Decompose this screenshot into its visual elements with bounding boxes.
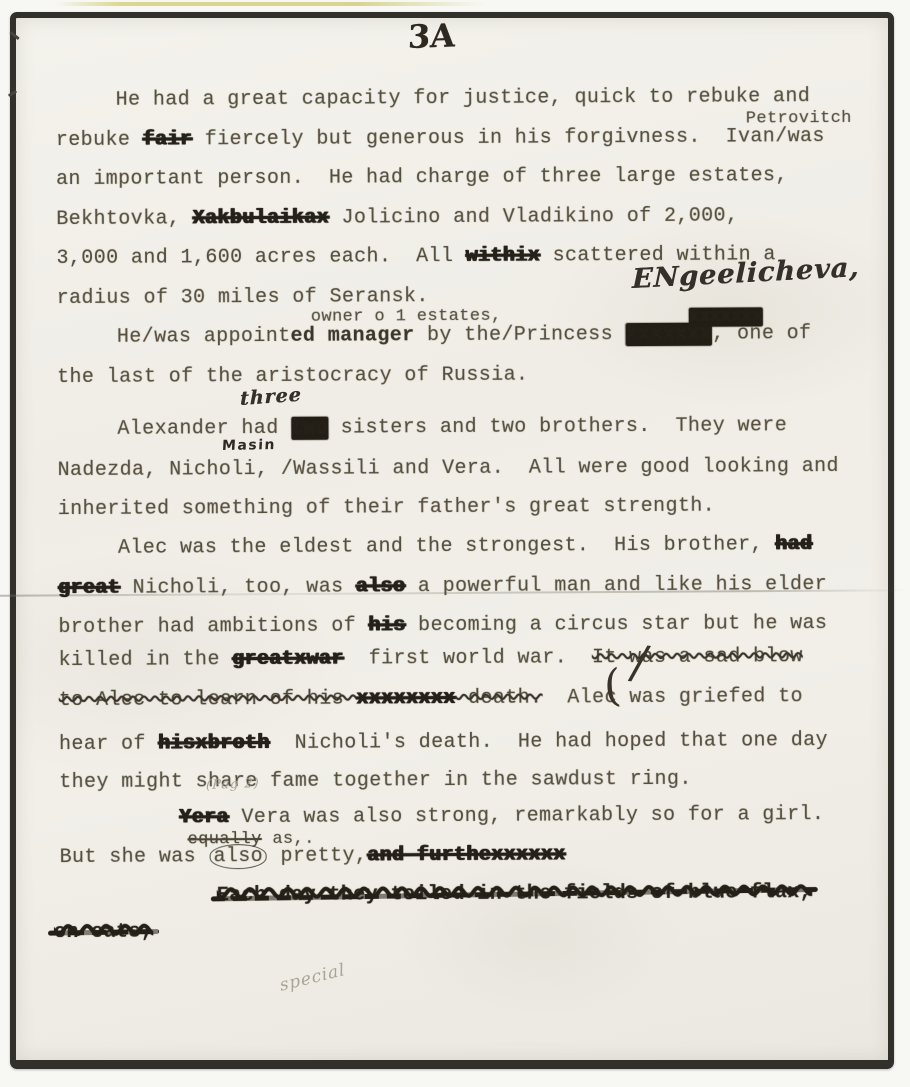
pencil-note-pag: (Pag 2) bbox=[206, 776, 260, 793]
handwritten-surname-engeelicheva: ENgeelicheva, bbox=[632, 252, 860, 295]
handwritten-brace-mark: ( bbox=[602, 660, 623, 713]
handwritten-slash-mark: / bbox=[626, 635, 653, 690]
handwritten-word-masin: Masin bbox=[222, 437, 277, 454]
annotation-layer: 3AENgeelicheva,threeMasin/((Pag 2)specia… bbox=[0, 0, 910, 1087]
pencil-note-special: special bbox=[278, 960, 347, 996]
page-number-handwritten: 3A bbox=[407, 16, 455, 56]
handwritten-word-three: three bbox=[240, 384, 302, 410]
scanned-manuscript-page: He had a great capacity for justice, qui… bbox=[0, 0, 910, 1087]
